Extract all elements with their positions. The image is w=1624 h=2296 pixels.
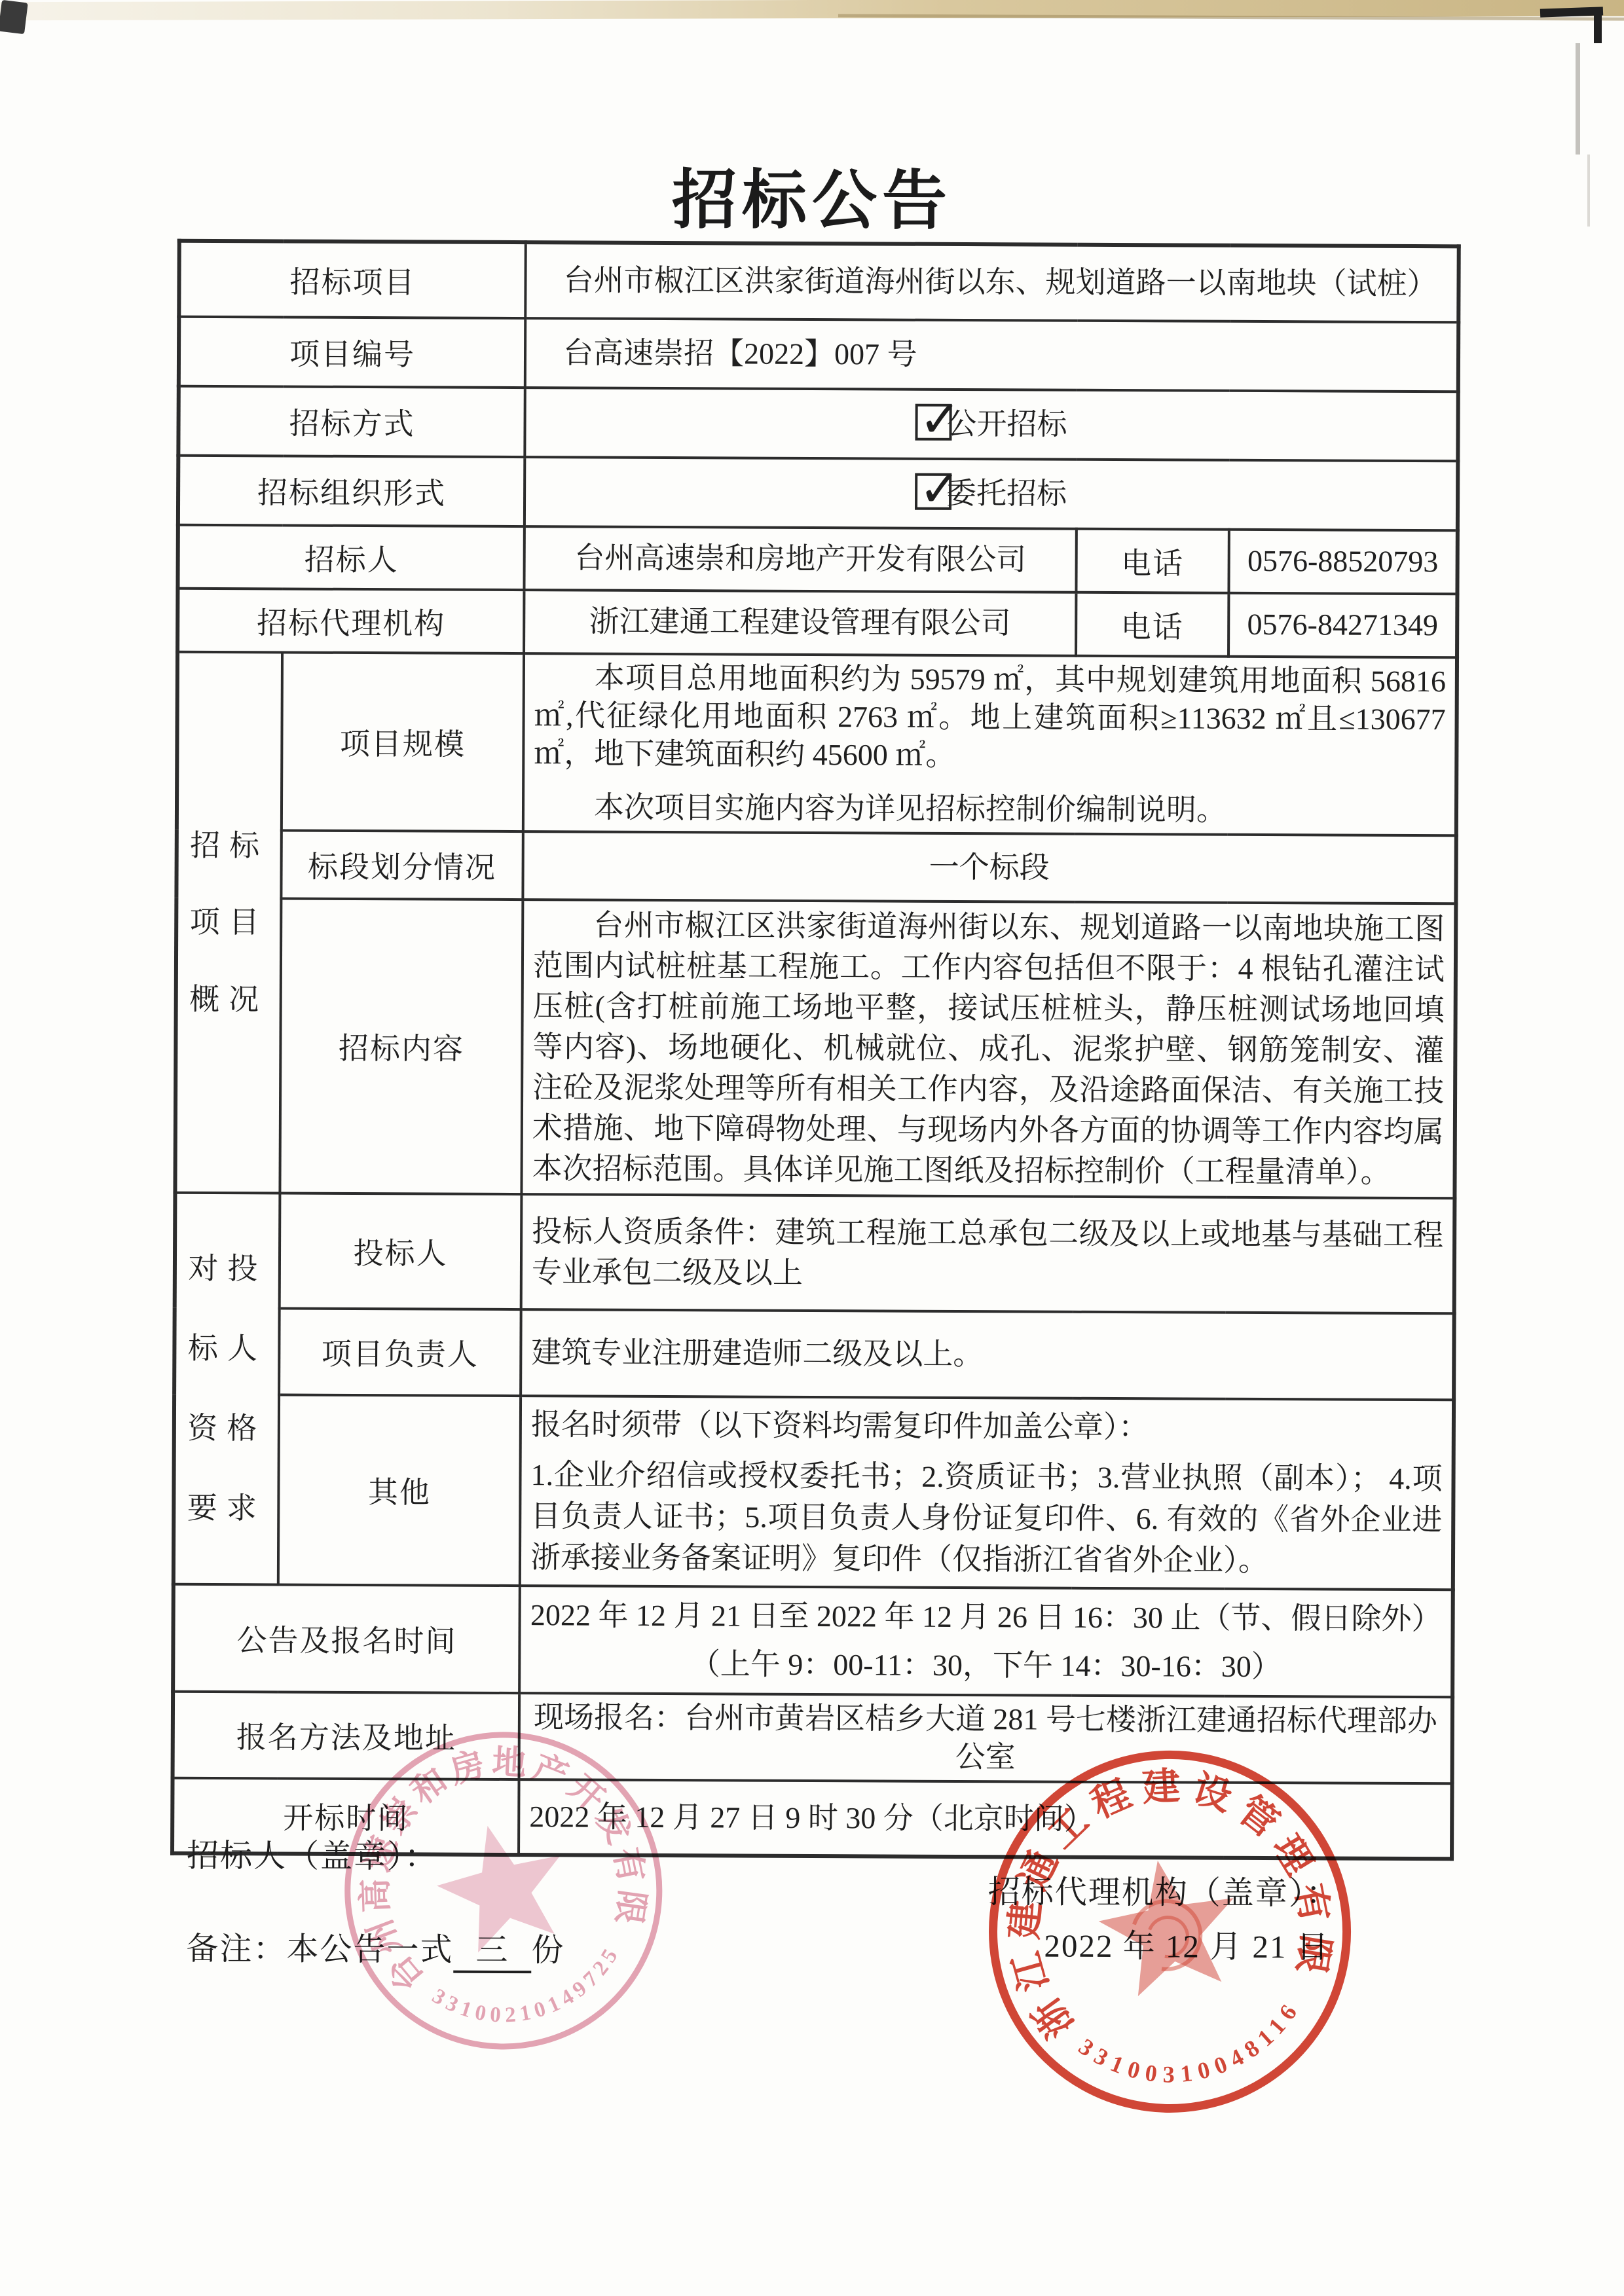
bid-org-form-option: 委托招标: [946, 477, 1067, 511]
project-value: 台州市椒江区洪家街道海州街以东、规划道路一以南地块（试桩）: [525, 242, 1459, 322]
svg-text:33100310048116: 33100310048116: [1071, 1997, 1311, 2105]
tenderer-phone-value: 0576-88520793: [1228, 530, 1457, 594]
announce-time-line-1: 2022 年 12 月 21 日至 2022 年 12 月 26 日 16：30…: [530, 1591, 1441, 1643]
agency-seal-stamp: 浙江建通工程建设管理有限公司 33100310048116: [972, 1734, 1367, 2129]
table-row-bid-org-form: 招标组织形式 委托招标: [178, 456, 1458, 531]
other-req-label: 其他: [278, 1394, 521, 1586]
project-no-label: 项目编号: [179, 317, 525, 388]
agency-phone-label: 电话: [1076, 592, 1228, 657]
overview-group-label: 招标 项目 概况: [175, 652, 282, 1194]
pm-req-value: 建筑专业注册建造师二级及以上。: [521, 1309, 1454, 1400]
agency-label: 招标代理机构: [177, 589, 524, 653]
table-row-sections: 标段划分情况 一个标段: [176, 830, 1456, 904]
bid-org-form-value: 委托招标: [525, 457, 1458, 530]
scale-paragraph-2: 本次项目实施内容为详见招标控制价编制说明。: [534, 788, 1445, 830]
content-label: 招标内容: [280, 898, 523, 1194]
pm-req-label: 项目负责人: [279, 1308, 521, 1396]
project-no-value: 台高速崇招【2022】007 号: [525, 318, 1458, 392]
sections-label: 标段划分情况: [281, 830, 523, 900]
checked-checkbox-icon: [915, 404, 951, 441]
bid-method-option: 公开招标: [946, 407, 1067, 441]
bid-method-value: 公开招标: [525, 388, 1458, 461]
announce-time-value: 2022 年 12 月 21 日至 2022 年 12 月 26 日 16：30…: [519, 1586, 1453, 1697]
table-row-pm-req: 项目负责人 建筑专业注册建造师二级及以上。: [174, 1308, 1454, 1400]
table-row-agency: 招标代理机构 浙江建通工程建设管理有限公司 电话 0576-84271349: [177, 589, 1457, 658]
bidder-req-value: 投标人资质条件：建筑工程施工总承包二级及以上或地基与基础工程专业承包二级及以上: [521, 1194, 1455, 1313]
other-req-value: 报名时须带（以下资料均需复印件加盖公章）： 1.企业介绍信或授权委托书；2.资质…: [520, 1396, 1454, 1590]
scale-paragraph-1: 本项目总用地面积约为 59579 ㎡，其中规划建筑用地面积 56816 ㎡,代征…: [534, 659, 1446, 776]
project-label: 招标项目: [179, 241, 526, 318]
table-row-bid-method: 招标方式 公开招标: [178, 386, 1458, 462]
scale-label: 项目规模: [282, 652, 524, 831]
announce-time-line-2: （上午 9：00-11：30，下午 14：30-16：30）: [530, 1639, 1441, 1692]
page-title: 招标公告: [0, 162, 1624, 240]
other-req-paragraph-2: 1.企业介绍信或授权委托书；2.资质证书；3.营业执照（副本）； 4.项目负责人…: [530, 1454, 1443, 1582]
table-row-project: 招标项目 台州市椒江区洪家街道海州街以东、规划道路一以南地块（试桩）: [179, 241, 1459, 323]
bid-org-form-label: 招标组织形式: [178, 456, 525, 526]
tender-table: 招标项目 台州市椒江区洪家街道海州街以东、规划道路一以南地块（试桩） 项目编号 …: [170, 239, 1461, 1861]
table-row-other-req: 其他 报名时须带（以下资料均需复印件加盖公章）： 1.企业介绍信或授权委托书；2…: [174, 1394, 1454, 1590]
tenderer-label: 招标人: [177, 525, 524, 590]
table-row-scale: 招标 项目 概况 项目规模 本项目总用地面积约为 59579 ㎡，其中规划建筑用…: [177, 652, 1457, 836]
tenderer-seal-stamp: 台州高速崇和房地产开发有限公司 33100210149725: [333, 1720, 674, 2062]
tenderer-phone-label: 电话: [1076, 529, 1228, 593]
table-row-announce-time: 公告及报名时间 2022 年 12 月 21 日至 2022 年 12 月 26…: [173, 1584, 1453, 1698]
agency-phone-value: 0576-84271349: [1228, 593, 1457, 658]
checked-checkbox-icon: [915, 473, 951, 510]
seal-star-icon: [1090, 1849, 1247, 2001]
tenderer-value: 台州高速崇和房地产开发有限公司: [524, 526, 1076, 592]
table-row-tenderer: 招标人 台州高速崇和房地产开发有限公司 电话 0576-88520793: [177, 525, 1457, 594]
announce-time-label: 公告及报名时间: [173, 1584, 520, 1693]
bid-method-label: 招标方式: [178, 386, 525, 457]
document-content: 招标公告 招标项目 台州市椒江区洪家街道海州街以东、规划道路一以南地块（试桩） …: [0, 0, 1624, 2296]
table-row-project-no: 项目编号 台高速崇招【2022】007 号: [179, 317, 1458, 392]
other-req-paragraph-1: 报名时须带（以下资料均需复印件加盖公章）：: [531, 1404, 1443, 1449]
seal-star-icon: [426, 1811, 578, 1958]
table-row-content: 招标内容 台州市椒江区洪家街道海州街以东、规划道路一以南地块施工图范围内试桩桩基…: [175, 898, 1456, 1199]
tenderer-seal-number-text: 33100210149725: [424, 1941, 633, 2047]
scale-value: 本项目总用地面积约为 59579 ㎡，其中规划建筑用地面积 56816 ㎡,代征…: [523, 653, 1457, 835]
scanned-tender-announcement-page: 招标公告 招标项目 台州市椒江区洪家街道海州街以东、规划道路一以南地块（试桩） …: [0, 0, 1624, 2296]
qualification-group-label: 对投 标人 资格 要求: [174, 1193, 280, 1585]
agency-seal-number-text: 33100310048116: [1071, 1997, 1311, 2105]
sections-value: 一个标段: [523, 831, 1456, 903]
content-value: 台州市椒江区洪家街道海州街以东、规划道路一以南地块施工图范围内试桩桩基工程施工。…: [521, 900, 1456, 1198]
agency-value: 浙江建通工程建设管理有限公司: [524, 590, 1076, 656]
table-row-bidder-req: 对投 标人 资格 要求 投标人 投标人资质条件：建筑工程施工总承包二级及以上或地…: [175, 1193, 1455, 1314]
svg-text:33100210149725: 33100210149725: [424, 1941, 633, 2047]
bidder-req-label: 投标人: [280, 1193, 522, 1309]
